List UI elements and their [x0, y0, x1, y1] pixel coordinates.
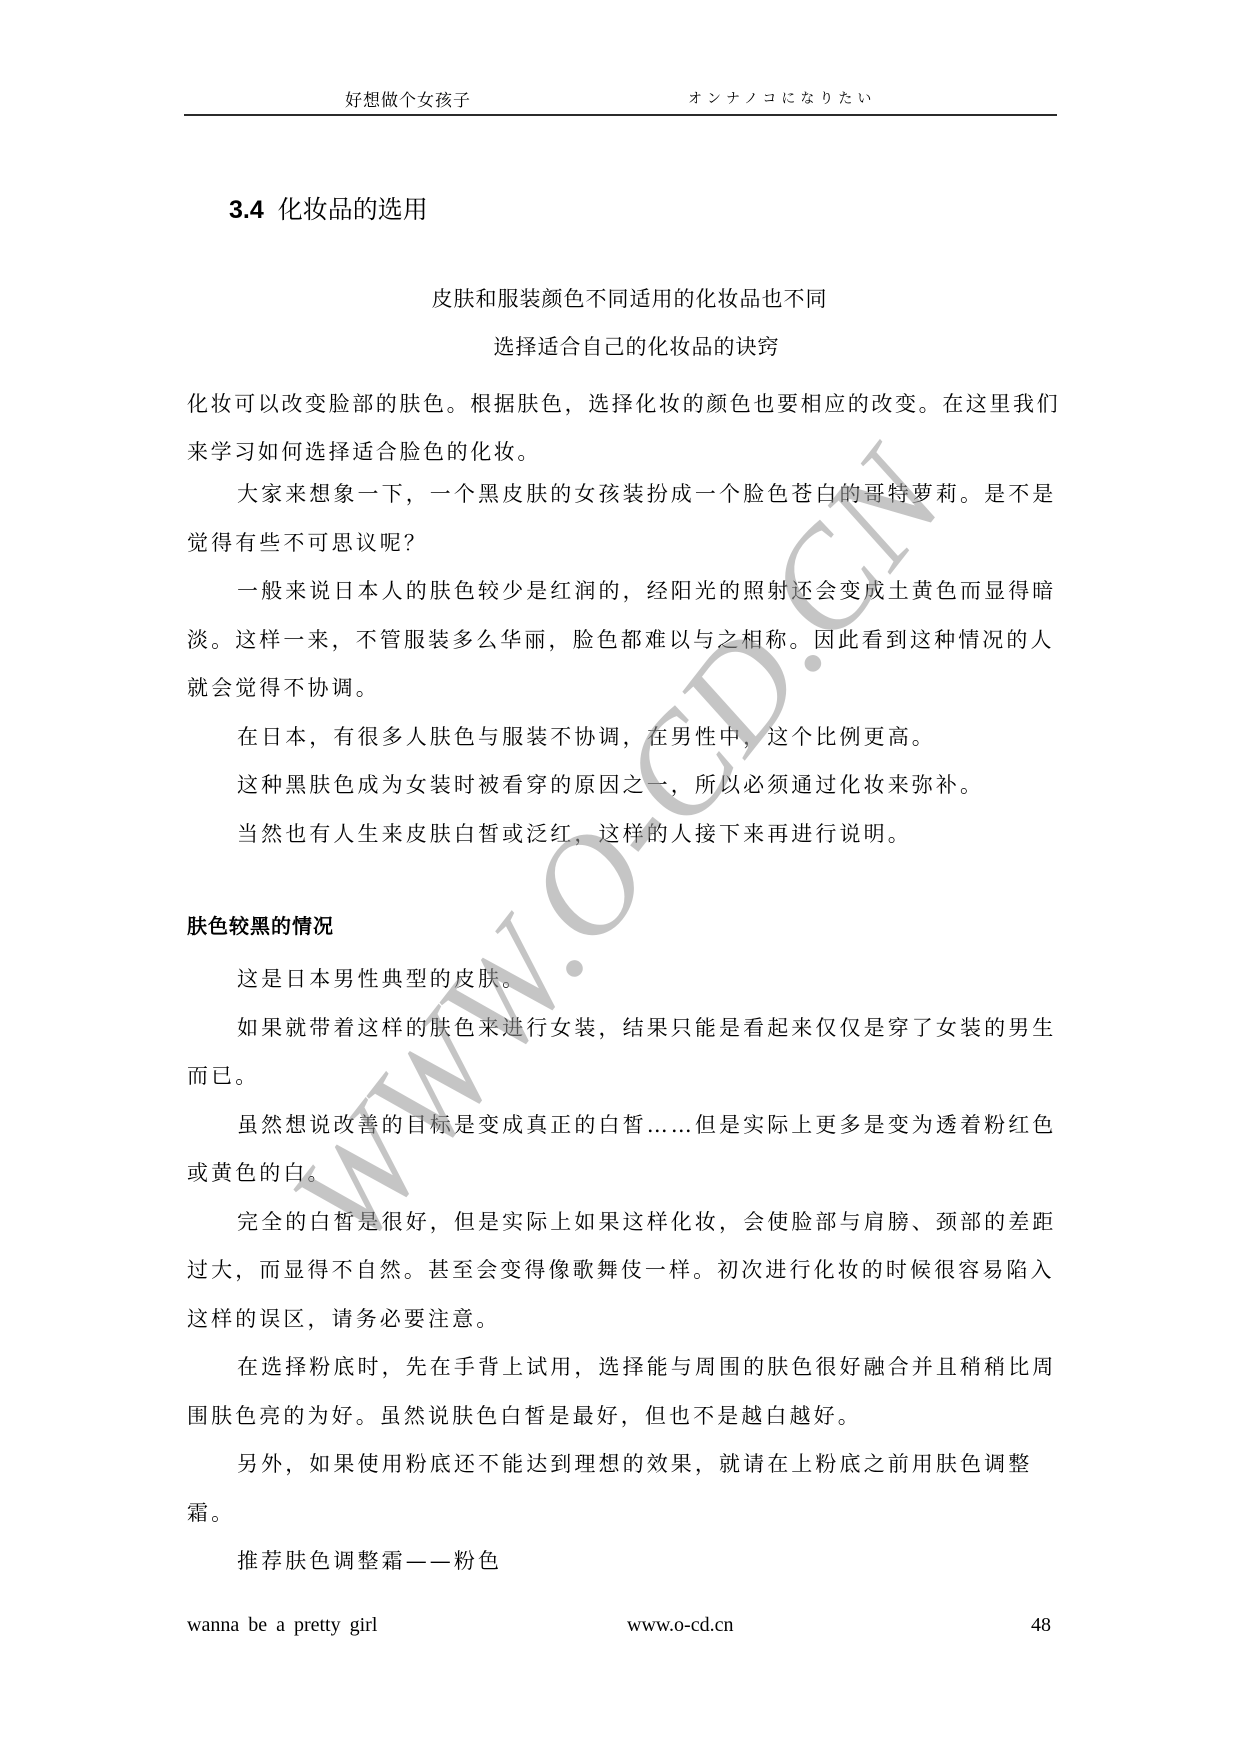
section-heading: 3.4化妆品的选用: [229, 190, 428, 226]
paragraph: 这种黑肤色成为女装时被看穿的原因之一，所以必须通过化妆来弥补。: [187, 761, 1060, 810]
page-number: 48: [1031, 1614, 1051, 1637]
paragraph: 这是日本男性典型的皮肤。: [187, 955, 1060, 1004]
paragraph: 如果就带着这样的肤色来进行女装，结果只能是看起来仅仅是穿了女装的男生而已。: [187, 1004, 1060, 1101]
section-title: 化妆品的选用: [278, 196, 428, 224]
body-block-1: 大家来想象一下，一个黑皮肤的女孩装扮成一个脸色苍白的哥特萝莉。是不是觉得有些不可…: [187, 470, 1060, 858]
section-number: 3.4: [229, 196, 264, 224]
paragraph: 完全的白皙是很好，但是实际上如果这样化妆，会使脸部与肩膀、颈部的差距过大，而显得…: [187, 1198, 1060, 1344]
body-block-2: 这是日本男性典型的皮肤。 如果就带着这样的肤色来进行女装，结果只能是看起来仅仅是…: [187, 955, 1060, 1586]
paragraph: 另外，如果使用粉底还不能达到理想的效果，就请在上粉底之前用肤色调整霜。: [187, 1440, 1060, 1537]
footer-tagline: wanna be a pretty girl: [187, 1614, 377, 1637]
subtitle-line-1: 皮肤和服装颜色不同适用的化妆品也不同: [193, 283, 1066, 313]
header-title-japanese: オンナノコになりたい: [688, 88, 876, 108]
paragraph: 虽然想说改善的目标是变成真正的白皙……但是实际上更多是变为透着粉红色或黄色的白。: [187, 1101, 1060, 1198]
header-title-chinese: 好想做个女孩子: [345, 86, 471, 111]
intro-paragraph: 化妆可以改变脸部的肤色。根据肤色，选择化妆的颜色也要相应的改变。在这里我们来学习…: [187, 380, 1067, 476]
footer-url: www.o-cd.cn: [627, 1614, 733, 1637]
header-rule: [184, 114, 1057, 116]
document-page: 好想做个女孩子 オンナノコになりたい 3.4化妆品的选用 皮肤和服装颜色不同适用…: [0, 0, 1241, 1755]
subtitle-line-2: 选择适合自己的化妆品的诀窍: [200, 331, 1073, 361]
subheading-dark-skin: 肤色较黑的情况: [187, 910, 334, 939]
paragraph: 一般来说日本人的肤色较少是红润的，经阳光的照射还会变成土黄色而显得暗淡。这样一来…: [187, 567, 1060, 713]
paragraph: 在日本，有很多人肤色与服装不协调，在男性中，这个比例更高。: [187, 713, 1060, 762]
paragraph: 推荐肤色调整霜——粉色: [187, 1537, 1060, 1586]
paragraph: 当然也有人生来皮肤白皙或泛红，这样的人接下来再进行说明。: [187, 810, 1060, 859]
paragraph: 在选择粉底时，先在手背上试用，选择能与周围的肤色很好融合并且稍稍比周围肤色亮的为…: [187, 1343, 1060, 1440]
paragraph: 大家来想象一下，一个黑皮肤的女孩装扮成一个脸色苍白的哥特萝莉。是不是觉得有些不可…: [187, 470, 1060, 567]
